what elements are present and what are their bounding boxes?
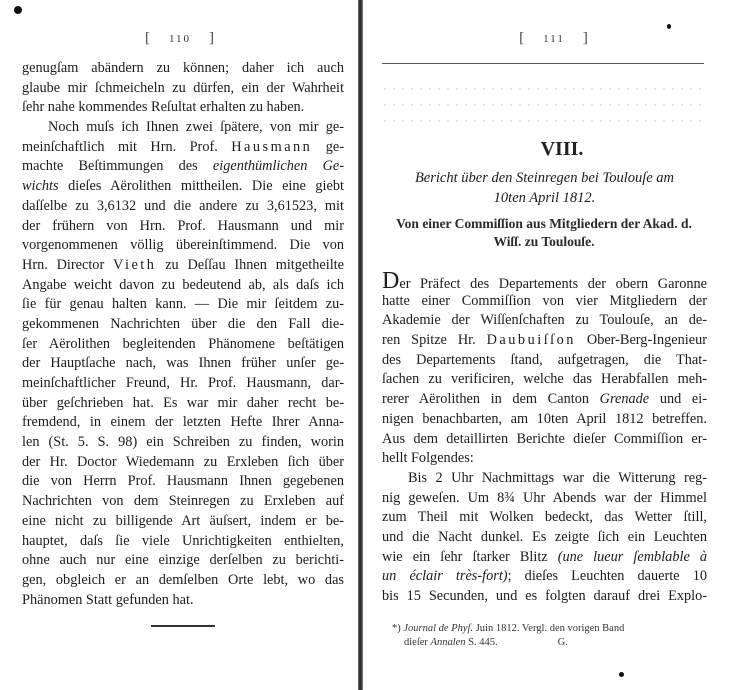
- right-page: [111] VIII. Bericht über den Steinregen …: [364, 0, 750, 690]
- scan-speck: [619, 672, 624, 677]
- text-line: der Hauptſache nach, was Ihnen früher un…: [22, 354, 344, 374]
- text-line: die von Herrn Prof. Hausmann Ihnen gegeb…: [22, 472, 344, 492]
- chapter-number: VIII.: [364, 138, 750, 161]
- text-line: und die Nacht dunkel. Es zeigte ſich ein…: [382, 528, 707, 548]
- article-title: Bericht über den Steinregen bei Toulouſe…: [382, 168, 707, 208]
- text-line: der Hr. Doctor Wiedemann zu Erxleben ſic…: [22, 453, 344, 473]
- text-line: fremdend, in einem der letzten Hefte Ihr…: [22, 413, 344, 433]
- text-line: wichts dieſes Aërolithen mittheilen. Die…: [22, 177, 344, 197]
- text-line: nig geweſen. Um 8¾ Uhr Abends war der Hi…: [382, 489, 707, 509]
- text-line: machte Beſtimmungen des eigenthümlichen …: [22, 157, 344, 177]
- emphasis-text: eigenthümlichen Ge-: [213, 158, 344, 174]
- left-page-body: genugſam abändern zu können; daher ich a…: [22, 59, 344, 610]
- text-line: nigen benachbarten, am 10ten April 1812 …: [382, 410, 707, 430]
- name-hausmann: Hausmann: [231, 139, 312, 155]
- text-line: ſehr nahe kommendes Reſultat erhalten zu…: [22, 98, 344, 118]
- text-line: ſachen zu verificiren, welche das Herabf…: [382, 370, 707, 390]
- footnote-signature: G.: [558, 636, 568, 650]
- text-line: Akademie der Wiſſenſchaften zu Toulouſe,…: [382, 311, 707, 331]
- header-rule: [382, 63, 704, 64]
- text-line: Noch muſs ich Ihnen zwei ſpätere, von mi…: [22, 118, 344, 138]
- name-daubuisson: Daubuiſſon: [487, 332, 576, 348]
- footnote-line: *) Journal de Phyſ. Juin 1812. Vergl. de…: [392, 622, 707, 636]
- text-line: meinſchaftlicher Freund, Hr. Prof. Hausm…: [22, 374, 344, 394]
- book-gutter: [358, 0, 363, 690]
- text-line: zum Theil mit Wolken bedeckt, das Wetter…: [382, 508, 707, 528]
- text-line: ohne auch nur eine einzige derſelben zu …: [22, 551, 344, 571]
- footnote-line: dieſer Annalen S. 445.G.: [392, 636, 707, 650]
- text-line: ſie für genau halten kann. — Die mir ſei…: [22, 295, 344, 315]
- name-vieth: Vieth: [113, 257, 156, 273]
- text-line: des Departements ſtand, aufgetragen, die…: [382, 351, 707, 371]
- text-line: hatte einer Commiſſion von vier Mitglied…: [382, 292, 707, 312]
- text-line: hellt Folgendes:: [382, 449, 707, 469]
- scan-speck: [667, 24, 671, 29]
- scan-speck: [14, 6, 22, 14]
- french-quote: (une lueur ſemblable à: [558, 549, 707, 565]
- bracket-close: ]: [209, 30, 215, 46]
- text-line: rerer Aërolithen in dem Canton Grenade u…: [382, 390, 707, 410]
- page-number-value: 110: [169, 33, 191, 45]
- emphasis-text: wichts: [22, 178, 59, 194]
- article-subtitle: Von einer Commiſſion aus Mitgliedern der…: [374, 215, 714, 251]
- place-grenade: Grenade: [600, 391, 650, 407]
- text-line: Phänomen Statt gefunden hat.: [22, 591, 344, 611]
- text-line: bis 15 Secunden, und es folgten darauf d…: [382, 587, 707, 607]
- text-line: ren Spitze Hr. Daubuiſſon Ober-Berg-Inge…: [382, 331, 707, 351]
- text-line: gen, obgleich er an demſelben Orte lebt,…: [22, 571, 344, 591]
- text-line: genugſam abändern zu können; daher ich a…: [22, 59, 344, 79]
- text-line: Angabe weicht davon zu bedeutend ab, als…: [22, 276, 344, 296]
- bracket-close: ]: [583, 30, 589, 46]
- text-line: Der Präfect des Departements der obern G…: [382, 272, 707, 292]
- section-end-rule: [151, 625, 215, 627]
- french-quote: un éclair très-fort): [382, 568, 508, 584]
- text-line: Aus dem detaillirten Berichte dieſer Com…: [382, 430, 707, 450]
- page-number-left: [110]: [120, 30, 240, 47]
- drop-cap: D: [382, 268, 399, 294]
- text-line: vorgenommenen völlig übereinſtimmend. Di…: [22, 236, 344, 256]
- bracket-open: [: [519, 30, 525, 46]
- text-line: un éclair très-fort); dieſes Leuchten da…: [382, 567, 707, 587]
- text-line: meinſchaftlich mit Hrn. Prof. Hausmann g…: [22, 138, 344, 158]
- right-page-body: Der Präfect des Departements der obern G…: [382, 272, 707, 607]
- text-line: über geſchrieben hat. Es war mir daher r…: [22, 394, 344, 414]
- text-line: ſer Aërolithen begleitenden Phänomene be…: [22, 335, 344, 355]
- text-line: eine nicht zu billigende Art äuſsert, in…: [22, 512, 344, 532]
- text-line: Hrn. Director Vieth zu Deſſau Ihnen mitg…: [22, 256, 344, 276]
- left-page: [110] genugſam abändern zu können; daher…: [0, 0, 358, 690]
- text-line: Bis 2 Uhr Nachmittags war die Witterung …: [382, 469, 707, 489]
- page-number-value: 111: [543, 33, 565, 45]
- text-line: hauptet, daſs ſie viele Unrichtigkeiten …: [22, 532, 344, 552]
- text-line: gekommenen Nachrichten über die den Fall…: [22, 315, 344, 335]
- text-line: Nachrichten von dem Steinregen zu Erxleb…: [22, 492, 344, 512]
- text-line: daſſelbe zu 3,6132 und die andere zu 3,6…: [22, 197, 344, 217]
- text-line: glaube mir ſchmeicheln zu dürfen, ein de…: [22, 79, 344, 99]
- text-line: wie ein ſehr ſtarker Blitz (une lueur ſe…: [382, 548, 707, 568]
- text-line: len (St. 5. S. 98) ein Schreiben zu find…: [22, 433, 344, 453]
- text-line: der frühern von Hrn. Prof. Hausmann und …: [22, 217, 344, 237]
- footnote: *) Journal de Phyſ. Juin 1812. Vergl. de…: [392, 622, 707, 649]
- bracket-open: [: [145, 30, 151, 46]
- page-number-right: [111]: [494, 30, 614, 47]
- bleed-through-lines: [384, 74, 704, 122]
